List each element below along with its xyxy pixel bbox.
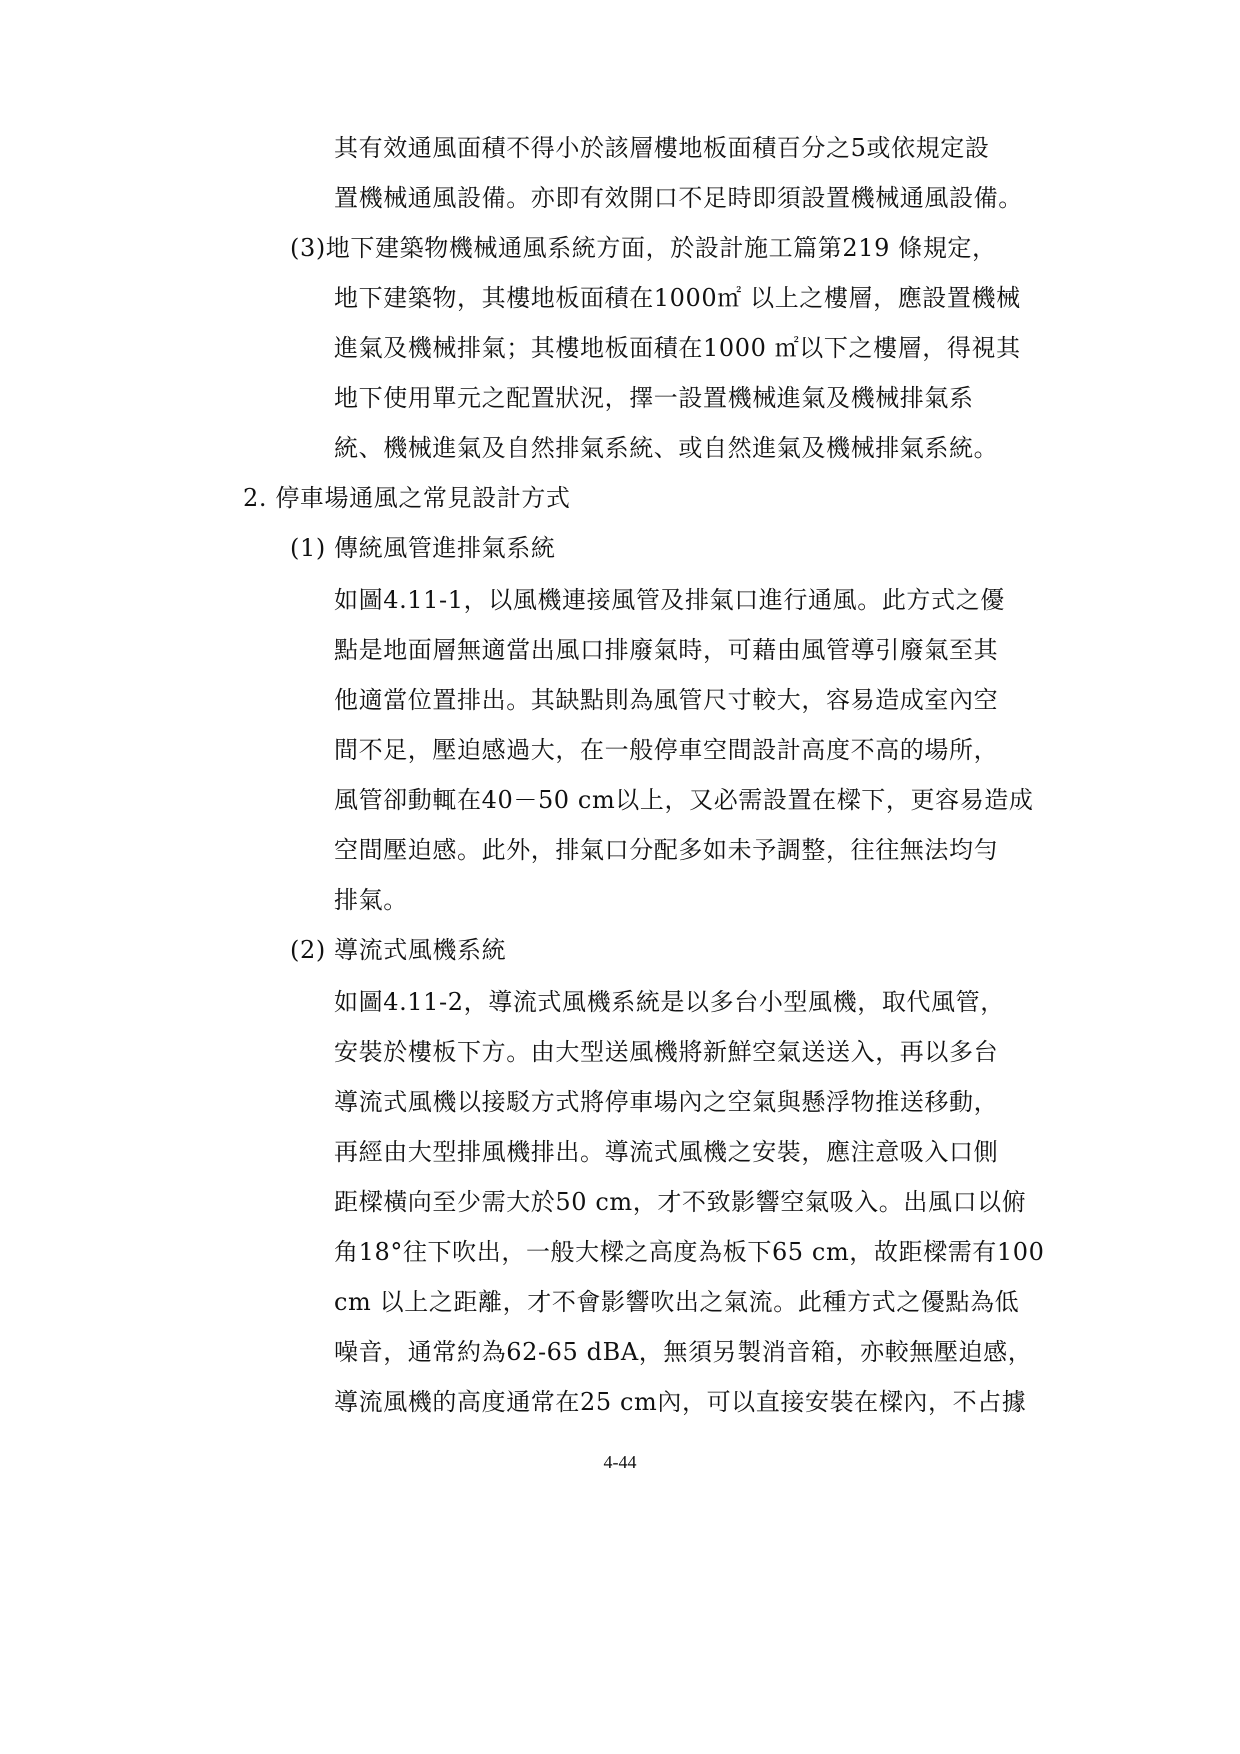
subsection-item-3: (3)地下建築物機械通風系統方面，於設計施工篇第219 條規定， — [290, 231, 997, 265]
paragraph-line: 其有效通風面積不得小於該層樓地板面積百分之5或依規定設 — [334, 131, 989, 165]
paragraph-line: cm 以上之距離，才不會影響吹出之氣流。此種方式之優點為低 — [334, 1285, 1019, 1319]
paragraph-line: 距樑橫向至少需大於50 cm，才不致影響空氣吸入。出風口以俯 — [334, 1185, 1026, 1219]
paragraph-line: 空間壓迫感。此外，排氣口分配多如未予調整，往往無法均勻 — [334, 833, 998, 867]
paragraph-line: 統、機械進氣及自然排氣系統、或自然進氣及機械排氣系統。 — [334, 431, 998, 465]
page-number: 4-44 — [0, 1452, 1240, 1473]
paragraph-line: 排氣。 — [334, 883, 408, 917]
paragraph-line: 噪音，通常約為62-65 dBA，無須另製消音箱，亦較無壓迫感， — [334, 1335, 1032, 1369]
paragraph-line: 安裝於樓板下方。由大型送風機將新鮮空氣送送入，再以多台 — [334, 1035, 998, 1069]
paragraph-line: 如圖4.11-1，以風機連接風管及排氣口進行通風。此方式之優 — [334, 583, 1005, 617]
paragraph-line: 地下建築物，其樓地板面積在1000㎡ 以上之樓層，應設置機械 — [334, 281, 1021, 315]
paragraph-line: 再經由大型排風機排出。導流式風機之安裝，應注意吸入口側 — [334, 1135, 998, 1169]
paragraph-line: 角18°往下吹出，一般大樑之高度為板下65 cm，故距樑需有100 — [334, 1235, 1045, 1269]
section-heading: 2. 停車場通風之常見設計方式 — [243, 481, 571, 515]
paragraph-line: 他適當位置排出。其缺點則為風管尺寸較大，容易造成室內空 — [334, 683, 998, 717]
paragraph-line: 導流風機的高度通常在25 cm內，可以直接安裝在樑內，不占據 — [334, 1385, 1026, 1419]
paragraph-line: 間不足，壓迫感過大，在一般停車空間設計高度不高的場所， — [334, 733, 998, 767]
paragraph-line: 點是地面層無適當出風口排廢氣時，可藉由風管導引廢氣至其 — [334, 633, 998, 667]
paragraph-line: 進氣及機械排氣；其樓地板面積在1000 ㎡以下之樓層，得視其 — [334, 331, 1021, 365]
document-page: 其有效通風面積不得小於該層樓地板面積百分之5或依規定設 置機械通風設備。亦即有效… — [0, 0, 1240, 1754]
paragraph-line: 導流式風機以接駁方式將停車場內之空氣與懸浮物推送移動， — [334, 1085, 998, 1119]
paragraph-line: 如圖4.11-2，導流式風機系統是以多台小型風機，取代風管， — [334, 985, 1005, 1019]
subsection-heading-1: (1) 傳統風管進排氣系統 — [290, 531, 555, 565]
paragraph-line: 地下使用單元之配置狀況，擇一設置機械進氣及機械排氣系 — [334, 381, 974, 415]
subsection-heading-2: (2) 導流式風機系統 — [290, 933, 506, 967]
paragraph-line: 風管卻動輒在40－50 cm以上，又必需設置在樑下，更容易造成 — [334, 783, 1034, 817]
paragraph-line: 置機械通風設備。亦即有效開口不足時即須設置機械通風設備。 — [334, 181, 1023, 215]
